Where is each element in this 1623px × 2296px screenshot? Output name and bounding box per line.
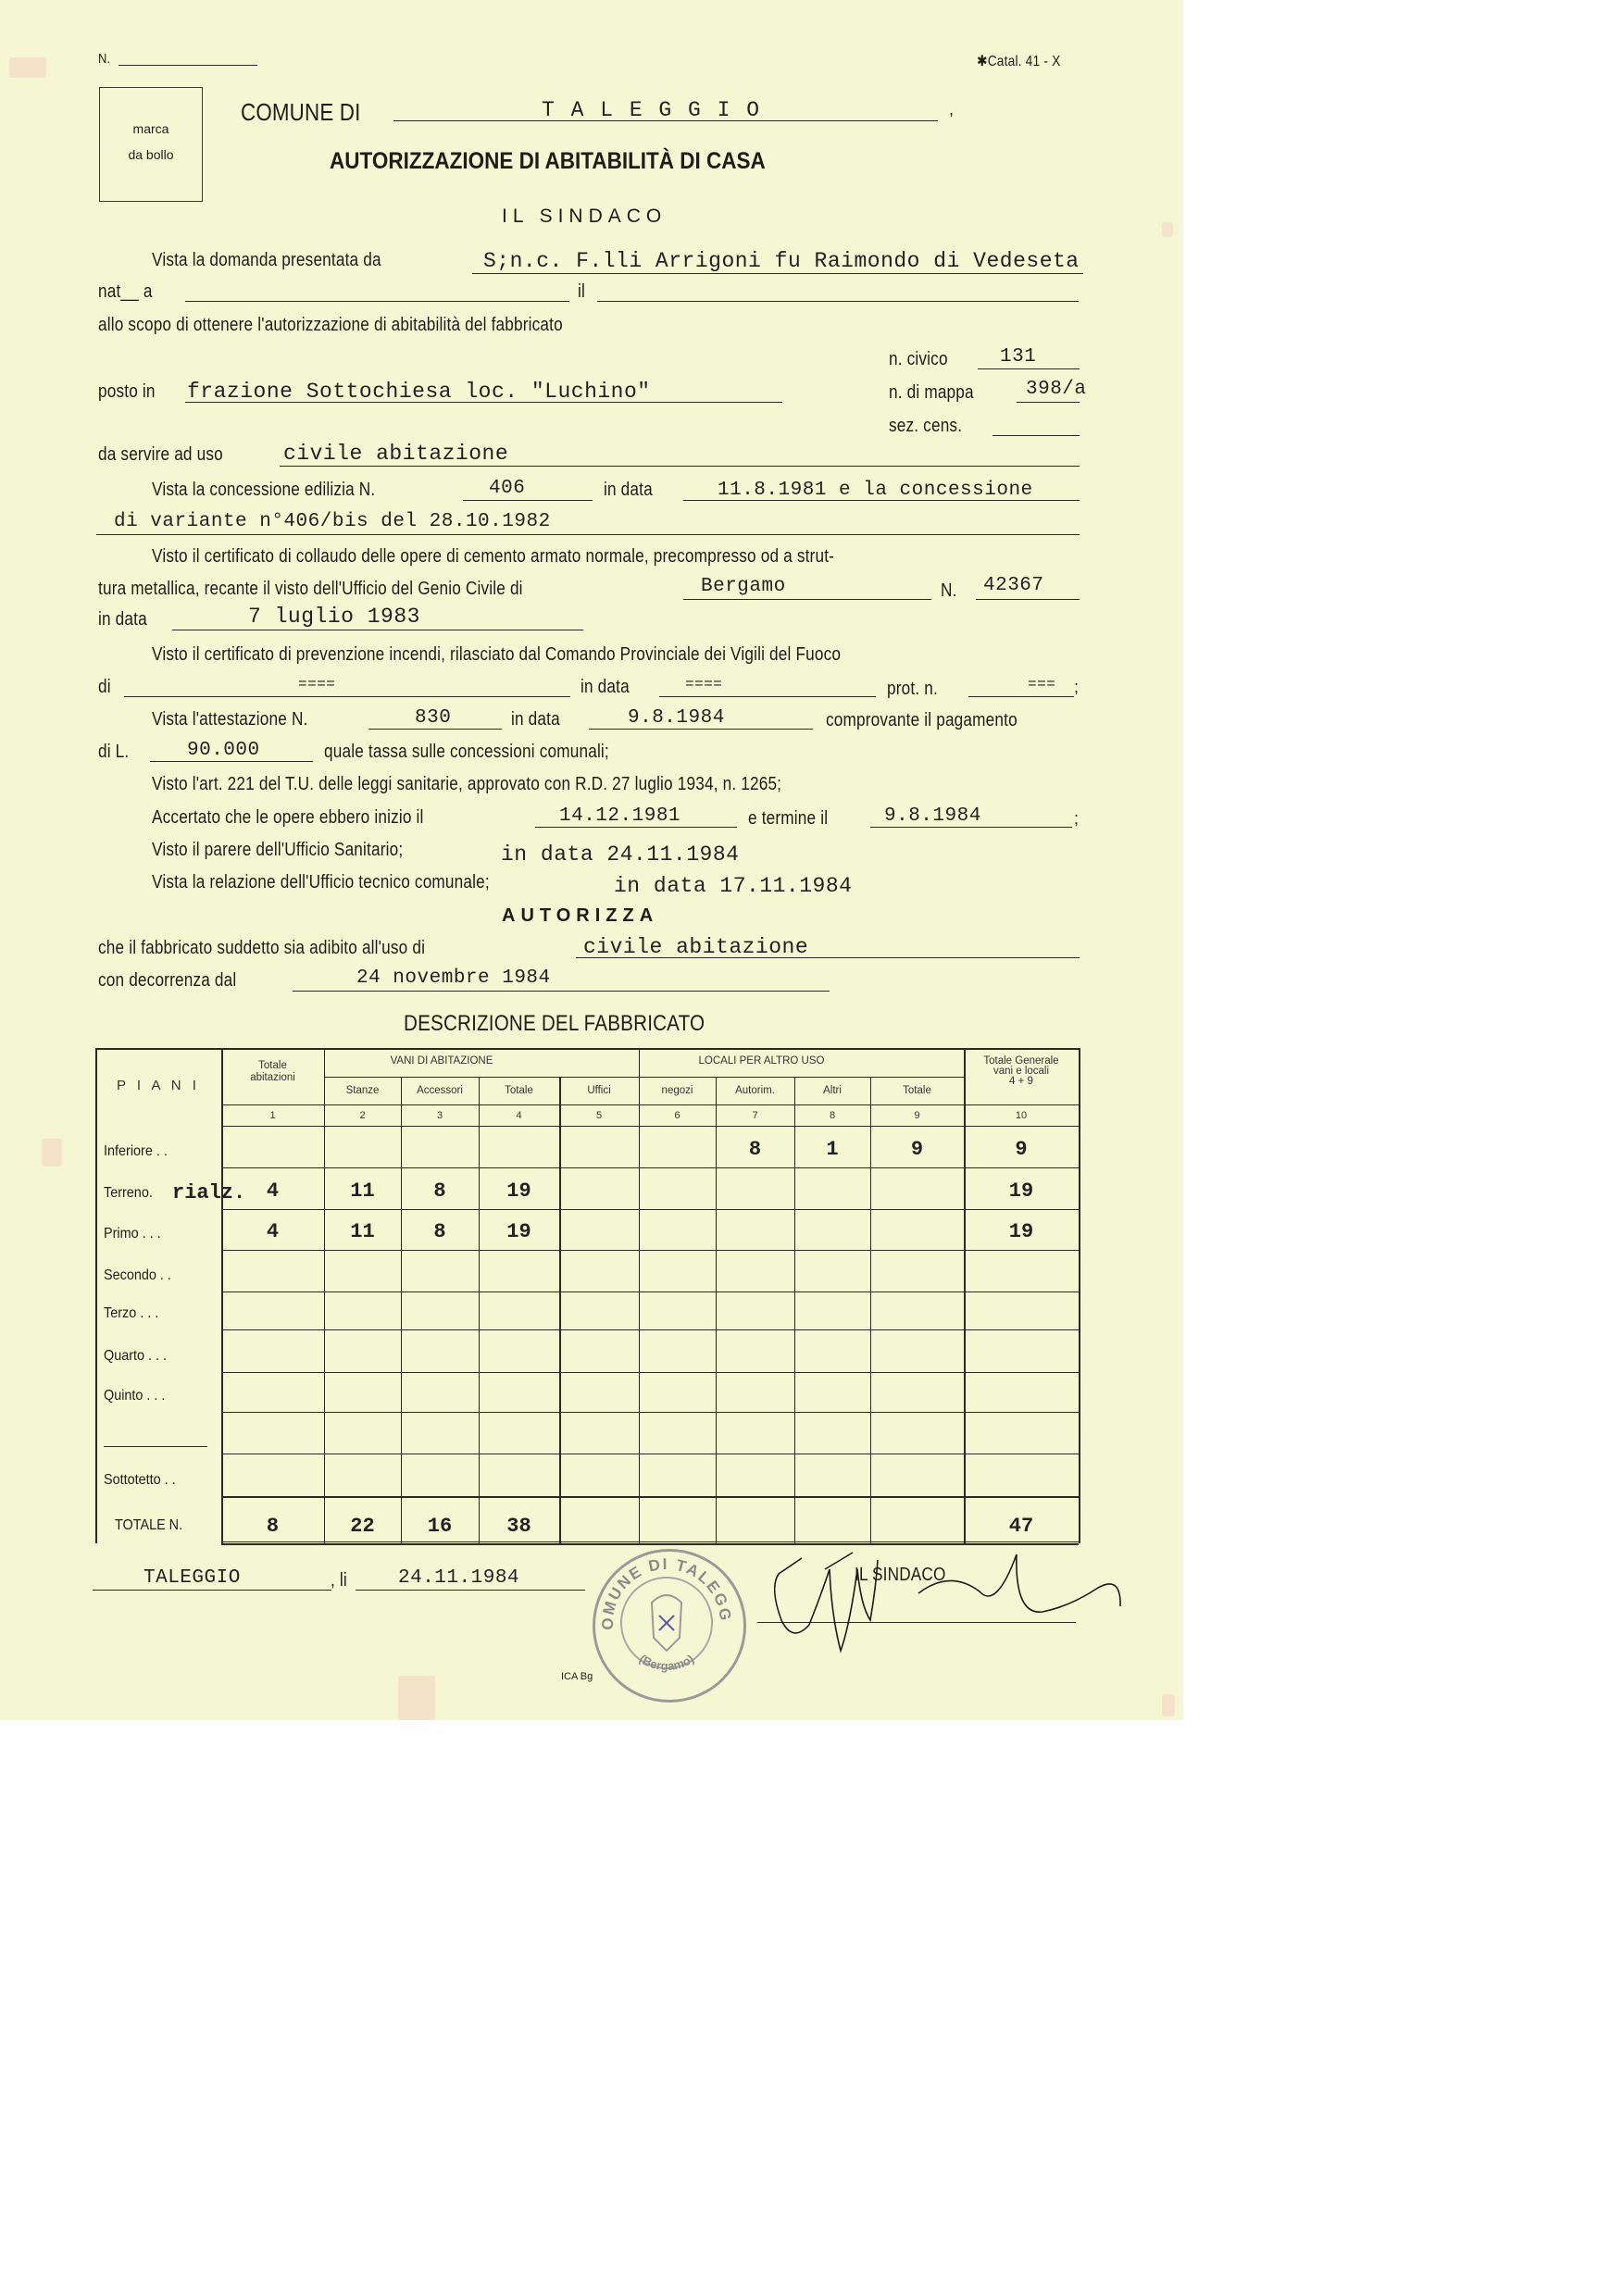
number-field-line — [119, 65, 257, 66]
stain — [42, 1139, 62, 1167]
table-row-divider — [221, 1250, 1079, 1251]
comune-label: COMUNE DI — [241, 98, 360, 127]
parere-label: Visto il parere dell'Ufficio Sanitario; — [152, 840, 403, 861]
table-cell: 9 — [870, 1138, 964, 1161]
table-cell: 8 — [401, 1220, 479, 1243]
piani-header: P I A N I — [95, 1079, 221, 1092]
place-value: TALEGGIO — [144, 1567, 241, 1589]
concessione-n-line — [463, 500, 593, 501]
table-row-divider — [221, 1372, 1079, 1373]
attestazione-data: 9.8.1984 — [628, 707, 725, 729]
document-title: AUTORIZZAZIONE DI ABITABILITÀ DI CASA — [330, 148, 766, 175]
li-label: , li — [331, 1570, 347, 1591]
table-column-divider — [324, 1048, 325, 1543]
civico-line — [978, 368, 1080, 369]
inizio-value: 14.12.1981 — [559, 805, 680, 827]
total-cell: 22 — [324, 1515, 401, 1538]
comune-value: T A L E G G I O — [542, 98, 761, 122]
column-number: 9 — [870, 1110, 964, 1121]
scopo-text: allo scopo di ottenere l'autorizzazione … — [98, 315, 563, 336]
concessione-n: 406 — [489, 478, 525, 499]
domanda-value: S;n.c. F.lli Arrigoni fu Raimondo di Ved… — [483, 249, 1080, 273]
il-label: il — [578, 281, 585, 303]
tassa-text: quale tassa sulle concessioni comunali; — [324, 742, 609, 763]
sez-line — [993, 435, 1080, 436]
concessione-label: Vista la concessione edilizia N. — [152, 480, 375, 501]
adibito-value: civile abitazione — [583, 935, 808, 959]
attestazione-data-line — [589, 729, 813, 730]
column-number: 4 — [479, 1110, 559, 1121]
column-number: 10 — [964, 1110, 1079, 1121]
civico-label: n. civico — [889, 349, 948, 370]
floor-label: Terreno. — [104, 1185, 153, 1202]
collaudo-data-label: in data — [98, 609, 147, 630]
floor-label: Primo . . . — [104, 1226, 161, 1242]
attestazione-n-line — [368, 729, 502, 730]
accertato-label: Accertato che le opere ebbero inizio il — [152, 807, 424, 829]
table-column-divider — [401, 1077, 402, 1543]
inizio-line — [535, 827, 737, 828]
table-cell: 19 — [964, 1179, 1079, 1203]
collaudo-text-1: Visto il certificato di collaudo delle o… — [152, 546, 834, 568]
incendi-di-label: di — [98, 677, 111, 698]
sez-label: sez. cens. — [889, 416, 962, 437]
stamp-box-line-1: marca — [100, 121, 202, 136]
document-page: N. ✱Catal. 41 - X marca da bollo COMUNE … — [0, 0, 1183, 1720]
table-cell: 8 — [716, 1138, 794, 1161]
table-cell: 19 — [479, 1179, 559, 1203]
column-subheader: Totale — [870, 1085, 964, 1097]
uso-label: da servire ad uso — [98, 444, 223, 466]
mappa-value: 398/a — [1026, 379, 1087, 400]
table-column-divider — [559, 1077, 561, 1543]
svg-text:COMUNE DI TALEGGIO: COMUNE DI TALEGGIO — [593, 1549, 734, 1630]
date-value: 24.11.1984 — [398, 1567, 519, 1589]
decorrenza-line — [293, 991, 830, 992]
importo-line — [150, 761, 313, 762]
comprovante-text: comprovante il pagamento — [826, 710, 1017, 731]
uso-value: civile abitazione — [283, 442, 508, 466]
genio-line — [683, 599, 931, 600]
variante-value: di variante n°406/bis del 28.10.1982 — [114, 511, 551, 532]
table-column-divider — [479, 1077, 480, 1543]
vani-group-header: VANI DI ABITAZIONE — [324, 1055, 559, 1067]
number-label: N. — [98, 51, 110, 67]
uso-line — [280, 466, 1080, 467]
stain — [9, 57, 46, 78]
art221-text: Visto l'art. 221 del T.U. delle leggi sa… — [152, 774, 781, 795]
municipal-seal-stamp: COMUNE DI TALEGGIO (Bergamo) — [593, 1549, 746, 1703]
column-number: 6 — [639, 1110, 716, 1121]
column-subheader: Stanze — [324, 1085, 401, 1097]
column-subheader: Accessori — [401, 1085, 479, 1097]
total-cell: 38 — [479, 1515, 559, 1538]
table-cell: 11 — [324, 1179, 401, 1203]
table-column-divider — [964, 1048, 966, 1543]
relazione-label: Vista la relazione dell'Ufficio tecnico … — [152, 872, 490, 893]
parere-value: in data 24.11.1984 — [501, 842, 739, 867]
column-number: 2 — [324, 1110, 401, 1121]
floor-label: Terzo . . . — [104, 1305, 158, 1322]
table-row-divider — [221, 1329, 1079, 1330]
date-line — [356, 1590, 585, 1591]
domanda-label: Vista la domanda presentata da — [152, 250, 381, 271]
decorrenza-value: 24 novembre 1984 — [356, 967, 551, 989]
table-column-divider — [639, 1048, 640, 1543]
incendi-text: Visto il certificato di prevenzione ince… — [152, 644, 841, 666]
attestazione-label: Vista l'attestazione N. — [152, 709, 308, 730]
total-cell: 16 — [401, 1515, 479, 1538]
genio-value: Bergamo — [701, 576, 786, 597]
floor-label: Sottotetto . . — [104, 1472, 176, 1489]
total-cell: 8 — [221, 1515, 324, 1538]
table-row-divider — [221, 1454, 1079, 1454]
autorizza-heading: AUTORIZZA — [502, 905, 658, 927]
semicolon: ; — [1074, 809, 1079, 829]
table-cell: 4 — [221, 1179, 324, 1203]
floor-label: Secondo . . — [104, 1267, 171, 1284]
importo-value: 90.000 — [187, 740, 260, 761]
column-subheader: Uffici — [559, 1085, 639, 1097]
column-number: 8 — [794, 1110, 870, 1121]
termine-line — [870, 827, 1072, 828]
decorrenza-label: con decorrenza dal — [98, 970, 236, 992]
concessione-in-data: in data — [604, 480, 653, 501]
variante-line — [96, 534, 1080, 535]
table-column-divider — [95, 1048, 97, 1543]
nat-label: nat__ a — [98, 281, 153, 303]
genio-n-value: 42367 — [983, 575, 1044, 596]
column-subheader: Altri — [794, 1085, 870, 1097]
total-label: TOTALE N. — [115, 1517, 182, 1534]
adibito-label: che il fabbricato suddetto sia adibito a… — [98, 938, 425, 959]
stamp-box-line-2: da bollo — [100, 147, 202, 162]
column-subheader: Autorim. — [716, 1085, 794, 1097]
table-cell: 4 — [221, 1220, 324, 1243]
floor-label: Quarto . . . — [104, 1348, 167, 1365]
prot-value: === — [1028, 676, 1055, 693]
floor-label: Inferiore . . — [104, 1143, 168, 1160]
table-row-divider — [221, 1412, 1079, 1413]
place-line — [93, 1590, 331, 1591]
domanda-line — [472, 273, 1083, 274]
floor-label: Quinto . . . — [104, 1388, 165, 1404]
blank-floor-line — [104, 1446, 207, 1447]
comma: , — [949, 100, 954, 119]
il-line — [597, 301, 1079, 302]
table-column-divider — [1079, 1048, 1080, 1543]
collaudo-data-value: 7 luglio 1983 — [248, 605, 420, 629]
table-group-divider — [324, 1077, 964, 1078]
catalog-code: ✱Catal. 41 - X — [977, 52, 1060, 70]
incendi-in-data: in data — [581, 677, 630, 698]
incendi-di-value: ==== — [298, 676, 335, 693]
totale-abitazioni-header: Totale abitazioni — [221, 1060, 324, 1084]
table-header-divider — [221, 1104, 1079, 1105]
genio-n-label: N. — [941, 580, 957, 602]
stain — [1162, 1694, 1175, 1716]
table-title: DESCRIZIONE DEL FABBRICATO — [404, 1011, 705, 1037]
incendi-data-line — [659, 696, 876, 697]
sindaco-heading: IL SINDACO — [502, 206, 667, 228]
prot-line — [968, 696, 1074, 697]
revenue-stamp-box: marca da bollo — [99, 87, 203, 202]
nat-line — [185, 301, 569, 302]
table-cell: 9 — [964, 1138, 1079, 1161]
svg-text:(Bergamo): (Bergamo) — [637, 1652, 696, 1673]
table-cell: 19 — [964, 1220, 1079, 1243]
table-row-divider — [221, 1209, 1079, 1210]
column-number: 1 — [221, 1110, 324, 1121]
column-subheader: Totale — [479, 1085, 559, 1097]
column-number: 3 — [401, 1110, 479, 1121]
termine-label: e termine il — [748, 808, 828, 830]
table-cell: 1 — [794, 1138, 870, 1161]
table-cell: 19 — [479, 1220, 559, 1243]
incendi-data-value: ==== — [685, 676, 722, 693]
posto-label: posto in — [98, 381, 156, 403]
table-row-divider — [221, 1496, 1079, 1498]
table-row-divider — [221, 1291, 1079, 1292]
concessione-data: 11.8.1981 e la concessione — [718, 480, 1033, 501]
mappa-line — [1017, 402, 1080, 403]
table-top-border — [95, 1048, 1079, 1050]
importo-label: di L. — [98, 742, 129, 763]
semicolon: ; — [1074, 678, 1079, 697]
prot-label: prot. n. — [887, 679, 938, 700]
signature-icon — [774, 1532, 1163, 1671]
collaudo-data-line — [172, 630, 583, 630]
table-column-divider — [221, 1048, 223, 1543]
column-subheader: negozi — [639, 1085, 716, 1097]
civico-value: 131 — [1000, 346, 1036, 368]
posto-value: frazione Sottochiesa loc. "Luchino" — [187, 380, 651, 404]
table-row-divider — [221, 1167, 1079, 1168]
collaudo-text-2: tura metallica, recante il visto dell'Uf… — [98, 579, 523, 600]
incendi-di-line — [124, 696, 570, 697]
column-number: 5 — [559, 1110, 639, 1121]
seal-icon: COMUNE DI TALEGGIO (Bergamo) — [593, 1549, 741, 1697]
stain — [398, 1676, 435, 1720]
table-cell: 11 — [324, 1220, 401, 1243]
termine-value: 9.8.1984 — [884, 805, 981, 827]
genio-n-line — [976, 599, 1080, 600]
stain — [1162, 222, 1173, 237]
table-row-divider — [221, 1126, 1079, 1127]
table-cell: 8 — [401, 1179, 479, 1203]
column-number: 7 — [716, 1110, 794, 1121]
printer-mark: ICA Bg — [561, 1671, 593, 1682]
attestazione-in-data: in data — [511, 709, 560, 730]
totale-generale-header: Totale Generale vani e locali 4 + 9 — [964, 1056, 1079, 1087]
relazione-value: in data 17.11.1984 — [614, 874, 852, 898]
attestazione-n: 830 — [415, 707, 451, 729]
mappa-label: n. di mappa — [889, 382, 974, 404]
locali-group-header: LOCALI PER ALTRO USO — [559, 1055, 964, 1067]
